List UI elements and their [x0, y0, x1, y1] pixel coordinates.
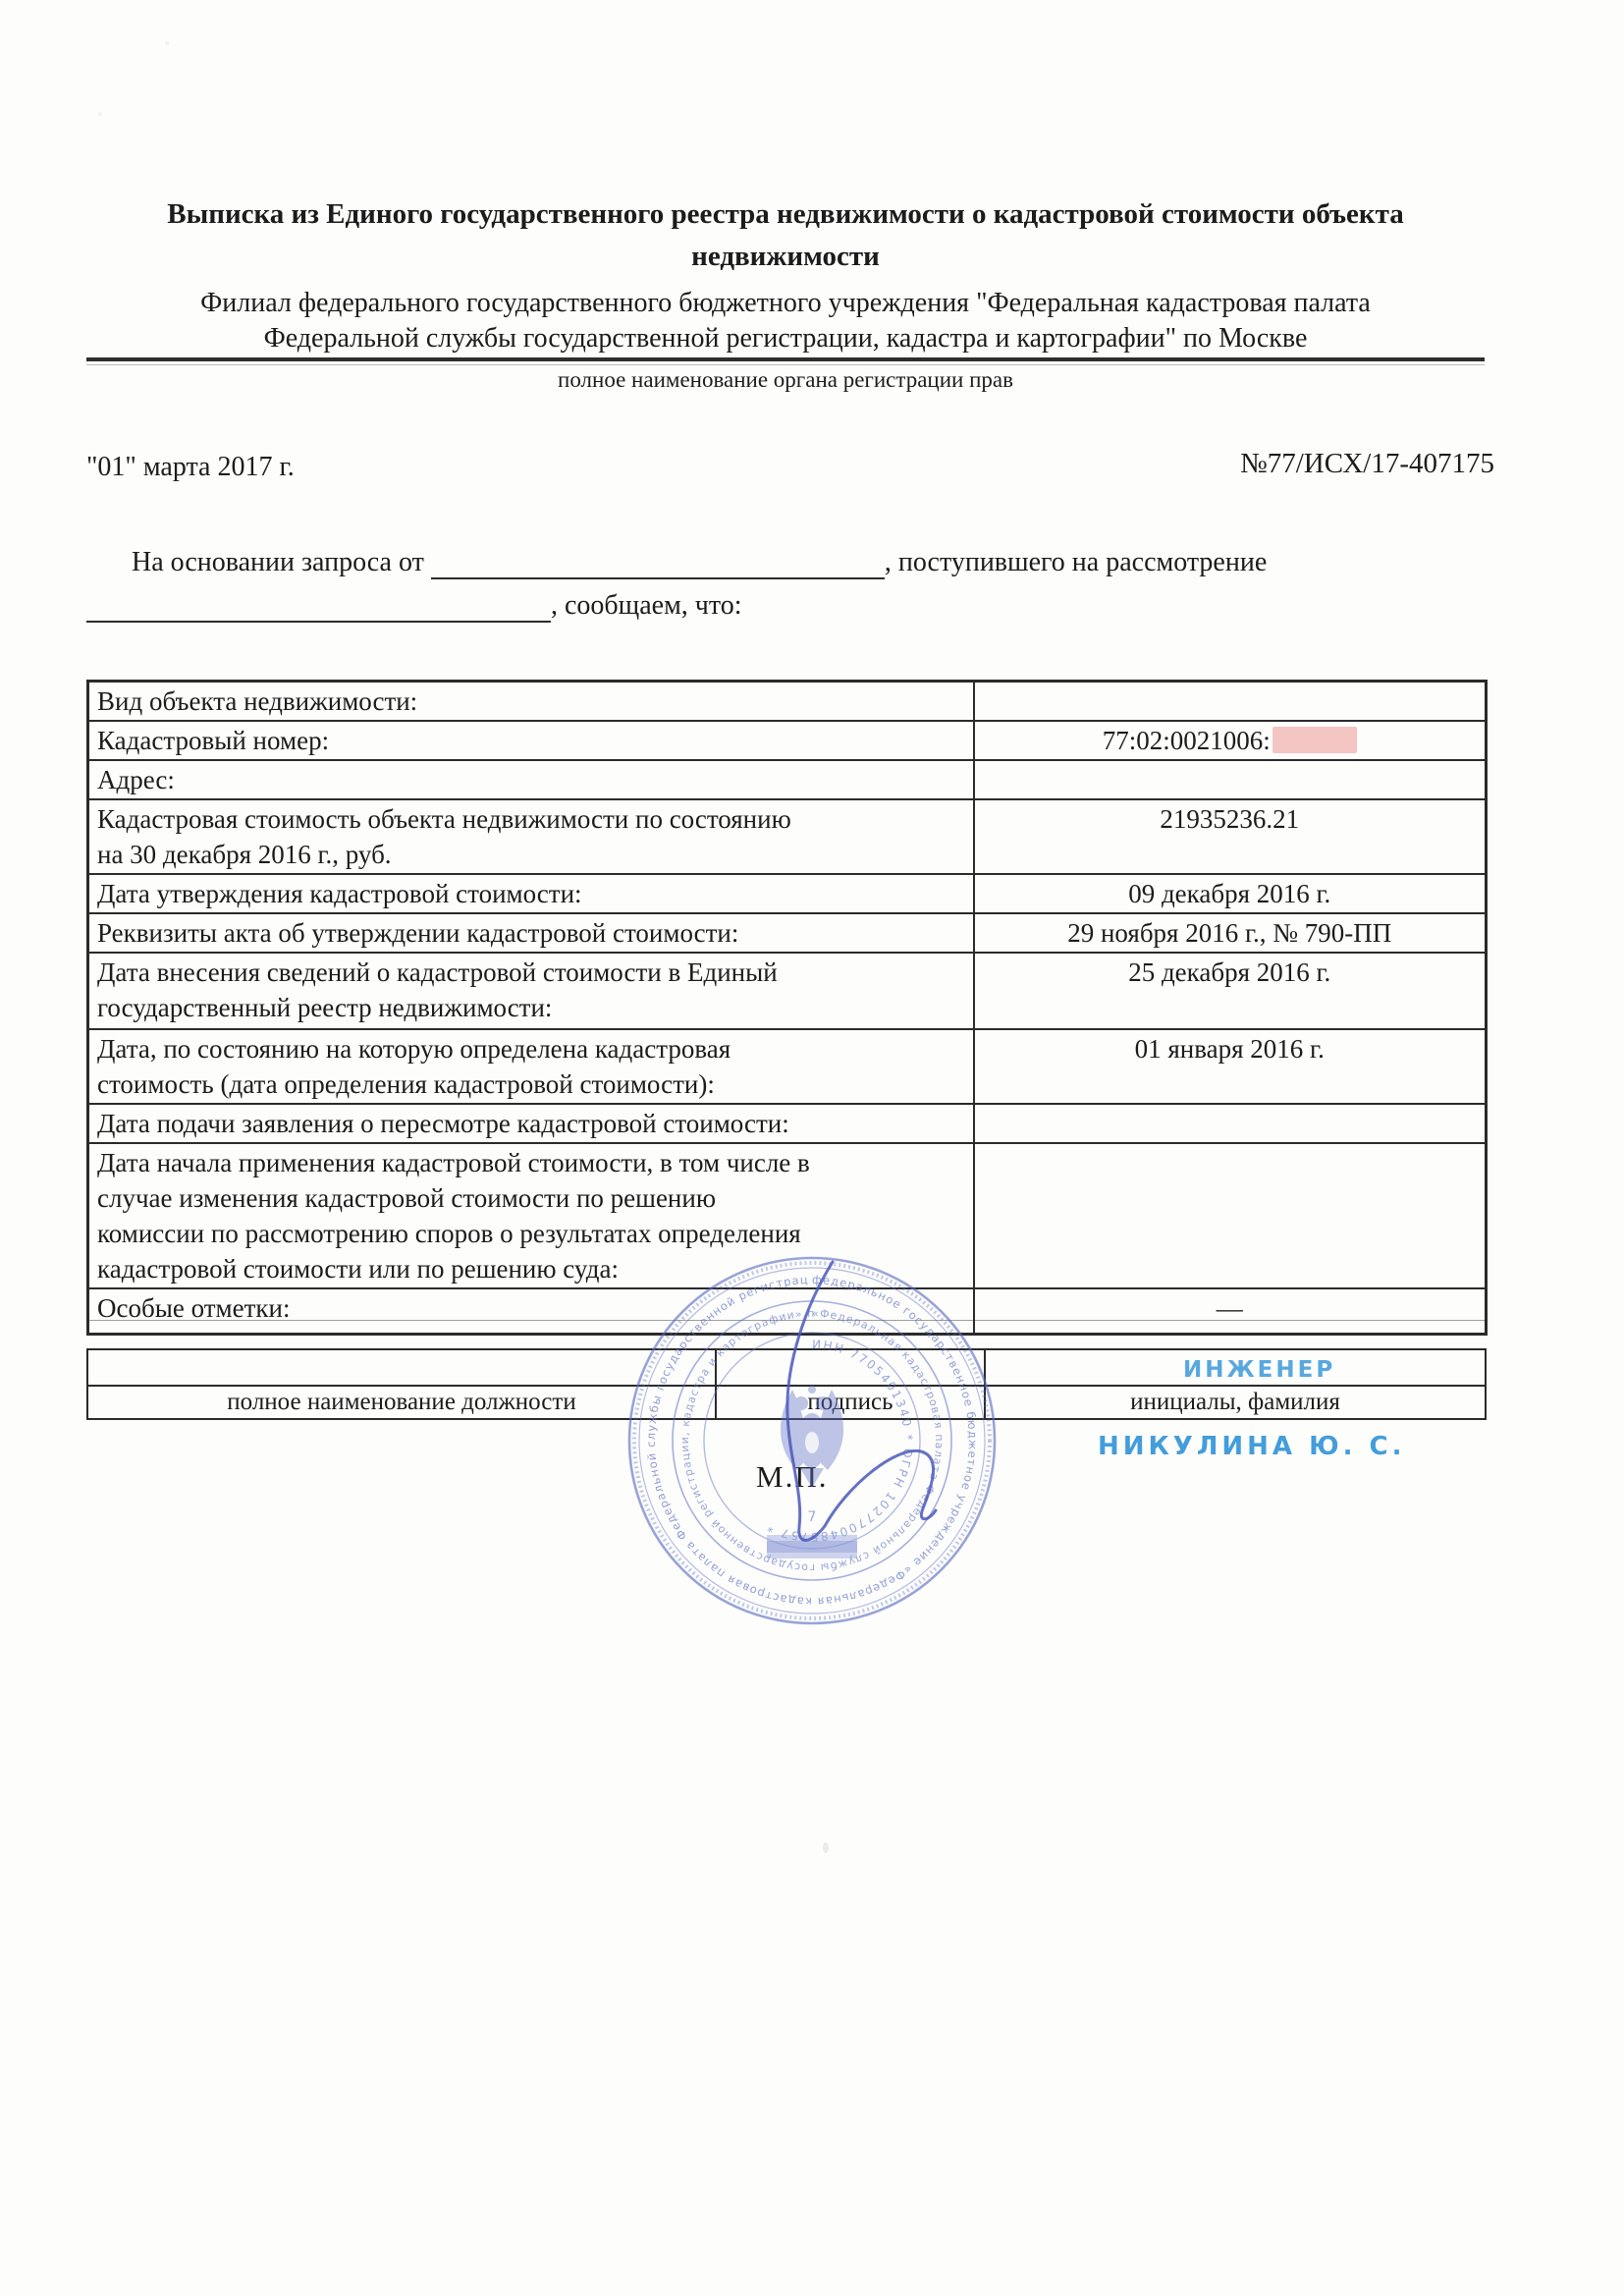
scan-speck	[165, 41, 169, 45]
name-caption: инициалы, фамилия	[985, 1386, 1486, 1419]
row-label: Дата начала применения кадастровой стоим…	[88, 1143, 974, 1288]
authority-underline	[86, 357, 1485, 361]
row-value: 21935236.21	[974, 799, 1487, 874]
svg-text:«Федеральная кадастровая палат: «Федеральная кадастровая палата Федераль…	[678, 1307, 946, 1574]
row-label: Вид объекта недвижимости:	[88, 682, 974, 722]
table-row: Дата подачи заявления о пересмотре кадас…	[88, 1104, 1487, 1143]
row-value	[974, 1104, 1487, 1143]
document-title: Выписка из Единого государственного реес…	[86, 193, 1485, 278]
intro-line-2: , сообщаем, что:	[86, 589, 742, 623]
table-row: Адрес:	[88, 760, 1487, 799]
blank-request-field	[431, 550, 885, 579]
intro-text-start: На основании запроса от	[132, 547, 424, 577]
registration-authority-name: Филиал федерального государственного бюд…	[86, 286, 1485, 356]
row-label: Кадастровая стоимость объекта недвижимос…	[88, 799, 974, 874]
row-label: Кадастровый номер:	[88, 721, 974, 760]
row-label: Реквизиты акта об утверждении кадастрово…	[88, 913, 974, 953]
row-label: Особые отметки:	[88, 1288, 974, 1334]
row-value: 09 декабря 2016 г.	[974, 874, 1487, 913]
intro-text-middle: , поступившего на рассмотрение	[885, 547, 1267, 577]
position-caption: полное наименование должности	[87, 1386, 716, 1419]
mp-seal-placeholder: М.П.	[756, 1459, 828, 1495]
authority-caption: полное наименование органа регистрации п…	[86, 367, 1485, 393]
table-row: Вид объекта недвижимости:	[88, 682, 1487, 722]
row-label: Дата, по состоянию на которую определена…	[88, 1029, 974, 1104]
position-cell	[87, 1349, 716, 1386]
row-value: 25 декабря 2016 г.	[974, 953, 1487, 1029]
stamp-middle-ring-text: «Федеральная кадастровая палата Федераль…	[678, 1307, 946, 1574]
document-date: "01" марта 2017 г.	[86, 452, 295, 483]
row-value: —	[974, 1288, 1487, 1334]
signature-cell	[716, 1349, 985, 1386]
redaction-box	[1272, 727, 1357, 753]
row-label: Дата внесения сведений о кадастровой сто…	[88, 953, 974, 1029]
stamp-bottom-band	[767, 1535, 857, 1558]
signature-caption: подпись	[716, 1386, 985, 1419]
cadastral-number-value: 77:02:0021006:	[1103, 726, 1271, 755]
table-row: Реквизиты акта об утверждении кадастрово…	[88, 913, 1487, 953]
stamp-center-number: 7	[808, 1509, 817, 1525]
table-row: Дата утверждения кадастровой стоимости: …	[88, 874, 1487, 913]
row-value: 01 января 2016 г.	[974, 1029, 1487, 1104]
row-value: 77:02:0021006:	[974, 721, 1487, 760]
row-label: Дата подачи заявления о пересмотре кадас…	[88, 1104, 974, 1143]
document-number: №77/ИСХ/17-407175	[1208, 448, 1494, 480]
row-value	[974, 760, 1487, 799]
row-value	[974, 682, 1487, 722]
table-row: Дата внесения сведений о кадастровой сто…	[88, 953, 1487, 1029]
table-row: Кадастровый номер: 77:02:0021006:	[88, 721, 1487, 760]
row-label: Адрес:	[88, 760, 974, 799]
table-row: Особые отметки: —	[88, 1288, 1487, 1334]
row-label: Дата утверждения кадастровой стоимости:	[88, 874, 974, 913]
row-value	[974, 1143, 1487, 1288]
intro-line-1: На основании запроса от , поступившего н…	[132, 546, 1267, 579]
blank-authority-field	[86, 593, 551, 623]
table-row: Дата, по состоянию на которую определена…	[88, 1029, 1487, 1104]
scan-speck	[98, 112, 102, 116]
name-ink-stamp: Никулина Ю. С.	[1098, 1432, 1406, 1461]
authority-underline-ghost	[86, 364, 1485, 365]
stamp-bottom-band-dark	[767, 1541, 857, 1553]
table-row: Дата начала применения кадастровой стоим…	[88, 1143, 1487, 1288]
table-bottom-ghost-line	[86, 1320, 1485, 1321]
table-row: Кадастровая стоимость объекта недвижимос…	[88, 799, 1487, 874]
intro-text-end: , сообщаем, что:	[551, 590, 742, 621]
row-value: 29 ноября 2016 г., № 790-ПП	[974, 913, 1487, 953]
scan-speck	[823, 1842, 829, 1853]
cadastral-data-table: Вид объекта недвижимости: Кадастровый но…	[86, 680, 1488, 1336]
scanned-document-page: { "page": { "title": "Выписка из Единого…	[0, 0, 1624, 2296]
signature-caption-row: полное наименование должности подпись ин…	[87, 1386, 1486, 1419]
position-ink-stamp: Инженер	[1183, 1357, 1335, 1383]
